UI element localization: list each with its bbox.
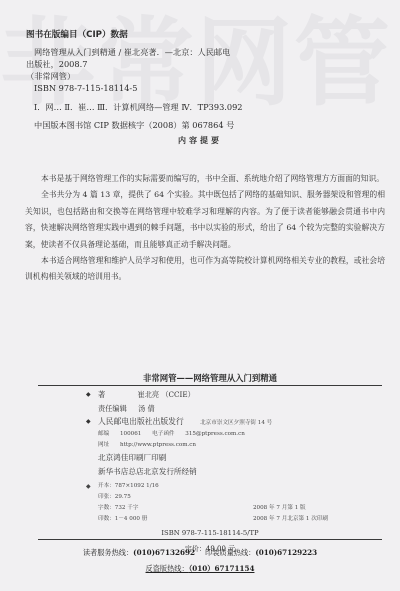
format-row: ◆ 开本：787×1092 1/16	[98, 481, 322, 492]
distributor: 新华书店总店北京发行所经销	[98, 465, 322, 479]
postcode: 100061	[120, 431, 141, 437]
divider	[38, 539, 382, 540]
postcode-row: 邮编 100061 电子函件 315@ptpress.com.cn	[98, 429, 322, 440]
piracy-hotline-number: （010）67171154	[189, 564, 255, 573]
publisher-address: 北京市崇文区夕照寺街 14 号	[200, 420, 272, 426]
format: 开本：787×1092 1/16	[98, 483, 159, 489]
summary-paragraph: 本书适合网络管理和维护人员学习和使用，也可作为高等院校计算机网络相关专业的教程，…	[25, 253, 385, 286]
printer: 北京鸿佳印刷厂印刷	[98, 451, 322, 465]
sheets: 印张：29.75	[98, 492, 322, 503]
cip-isbn: ISBN 978-7-115-18114-5	[26, 82, 256, 94]
postcode-label: 邮编	[98, 431, 109, 437]
bullet-icon: ◆	[86, 388, 91, 402]
summary-paragraph: 全书共分为 4 篇 13 章，提供了 64 个实验。其中既包括了网络的基础知识、…	[25, 187, 385, 253]
colophon-title: 非常网管——网络管理从入门到精通	[98, 371, 322, 385]
colophon: 非常网管——网络管理从入门到精通 ◆ 著 崔北亮 （CCIE） 责任编辑 汤 倩…	[98, 371, 322, 556]
summary-text: 本书是基于网络管理工作的实际需要而编写的，书中全面、系统地介绍了网络管理方方面面…	[25, 171, 385, 286]
hotlines: 读者服务热线：(010)67132692印装质量热线：(010)67129223…	[0, 545, 400, 577]
website-row: 网址 http://www.ptpress.com.cn	[98, 440, 322, 451]
editor-label: 责任编辑	[98, 404, 127, 413]
isbn-tp: ISBN 978-7-115-18114-5/TP	[98, 528, 322, 539]
editor-row: 责任编辑 汤 倩	[98, 402, 322, 416]
publisher-name: 人民邮电出版社出版发行	[98, 417, 184, 426]
cip-line: 出版社，2008.7	[26, 58, 256, 70]
cip-series: （非常网管）	[26, 70, 256, 82]
cip-title: 图书在版编目（CIP）数据	[26, 29, 256, 41]
email-label: 电子函件	[152, 431, 174, 437]
print-run-row: 印数：1－4 000 册 2008 年 7 月北京第 1 次印刷	[98, 514, 322, 525]
divider	[38, 385, 382, 386]
reader-hotline-label: 读者服务热线：	[83, 548, 133, 557]
cip-classification: Ⅰ．网… Ⅱ．崔… Ⅲ．计算机网络—管理 Ⅳ．TP393.092	[26, 101, 256, 113]
copyright-page: 图书在版编目（CIP）数据 网络管理从入门到精通 / 崔北亮著．—北京：人民邮电…	[0, 0, 400, 591]
author-name: 崔北亮 （CCIE）	[138, 390, 195, 399]
printing: 2008 年 7 月北京第 1 次印刷	[253, 514, 328, 525]
author-row: ◆ 著 崔北亮 （CCIE）	[98, 388, 322, 402]
piracy-hotline-label: 反盗版热线：	[146, 564, 189, 573]
hotline-row: 读者服务热线：(010)67132692印装质量热线：(010)67129223	[0, 545, 400, 561]
bullet-icon: ◆	[86, 415, 91, 429]
words-row: 字数：732 千字 2008 年 7 月第 1 版	[98, 503, 322, 514]
author-label: 著	[98, 390, 105, 399]
edition: 2008 年 7 月第 1 版	[253, 503, 306, 514]
quality-hotline-number: (010)67129223	[255, 548, 317, 557]
cip-data-number: 中国版本图书馆 CIP 数据核字（2008）第 067864 号	[26, 119, 256, 131]
bullet-icon: ◆	[86, 481, 91, 492]
summary-title: 内容提要	[0, 135, 400, 146]
words: 字数：732 千字	[98, 505, 138, 511]
summary-paragraph: 本书是基于网络管理工作的实际需要而编写的，书中全面、系统地介绍了网络管理方方面面…	[25, 171, 385, 187]
print-run: 印数：1－4 000 册	[98, 516, 147, 522]
email: 315@ptpress.com.cn	[185, 431, 245, 437]
reader-hotline-number: (010)67132692	[133, 548, 195, 557]
cip-block: 图书在版编目（CIP）数据 网络管理从入门到精通 / 崔北亮著．—北京：人民邮电…	[26, 29, 256, 131]
website: http://www.ptpress.com.cn	[120, 442, 196, 448]
quality-hotline-label: 印装质量热线：	[205, 548, 255, 557]
editor-name: 汤 倩	[138, 404, 155, 413]
hotline-row: 反盗版热线：（010）67171154	[0, 561, 400, 577]
publisher-row: ◆ 人民邮电出版社出版发行 北京市崇文区夕照寺街 14 号	[98, 415, 322, 429]
cip-line: 网络管理从入门到精通 / 崔北亮著．—北京：人民邮电	[26, 46, 256, 58]
website-label: 网址	[98, 442, 109, 448]
